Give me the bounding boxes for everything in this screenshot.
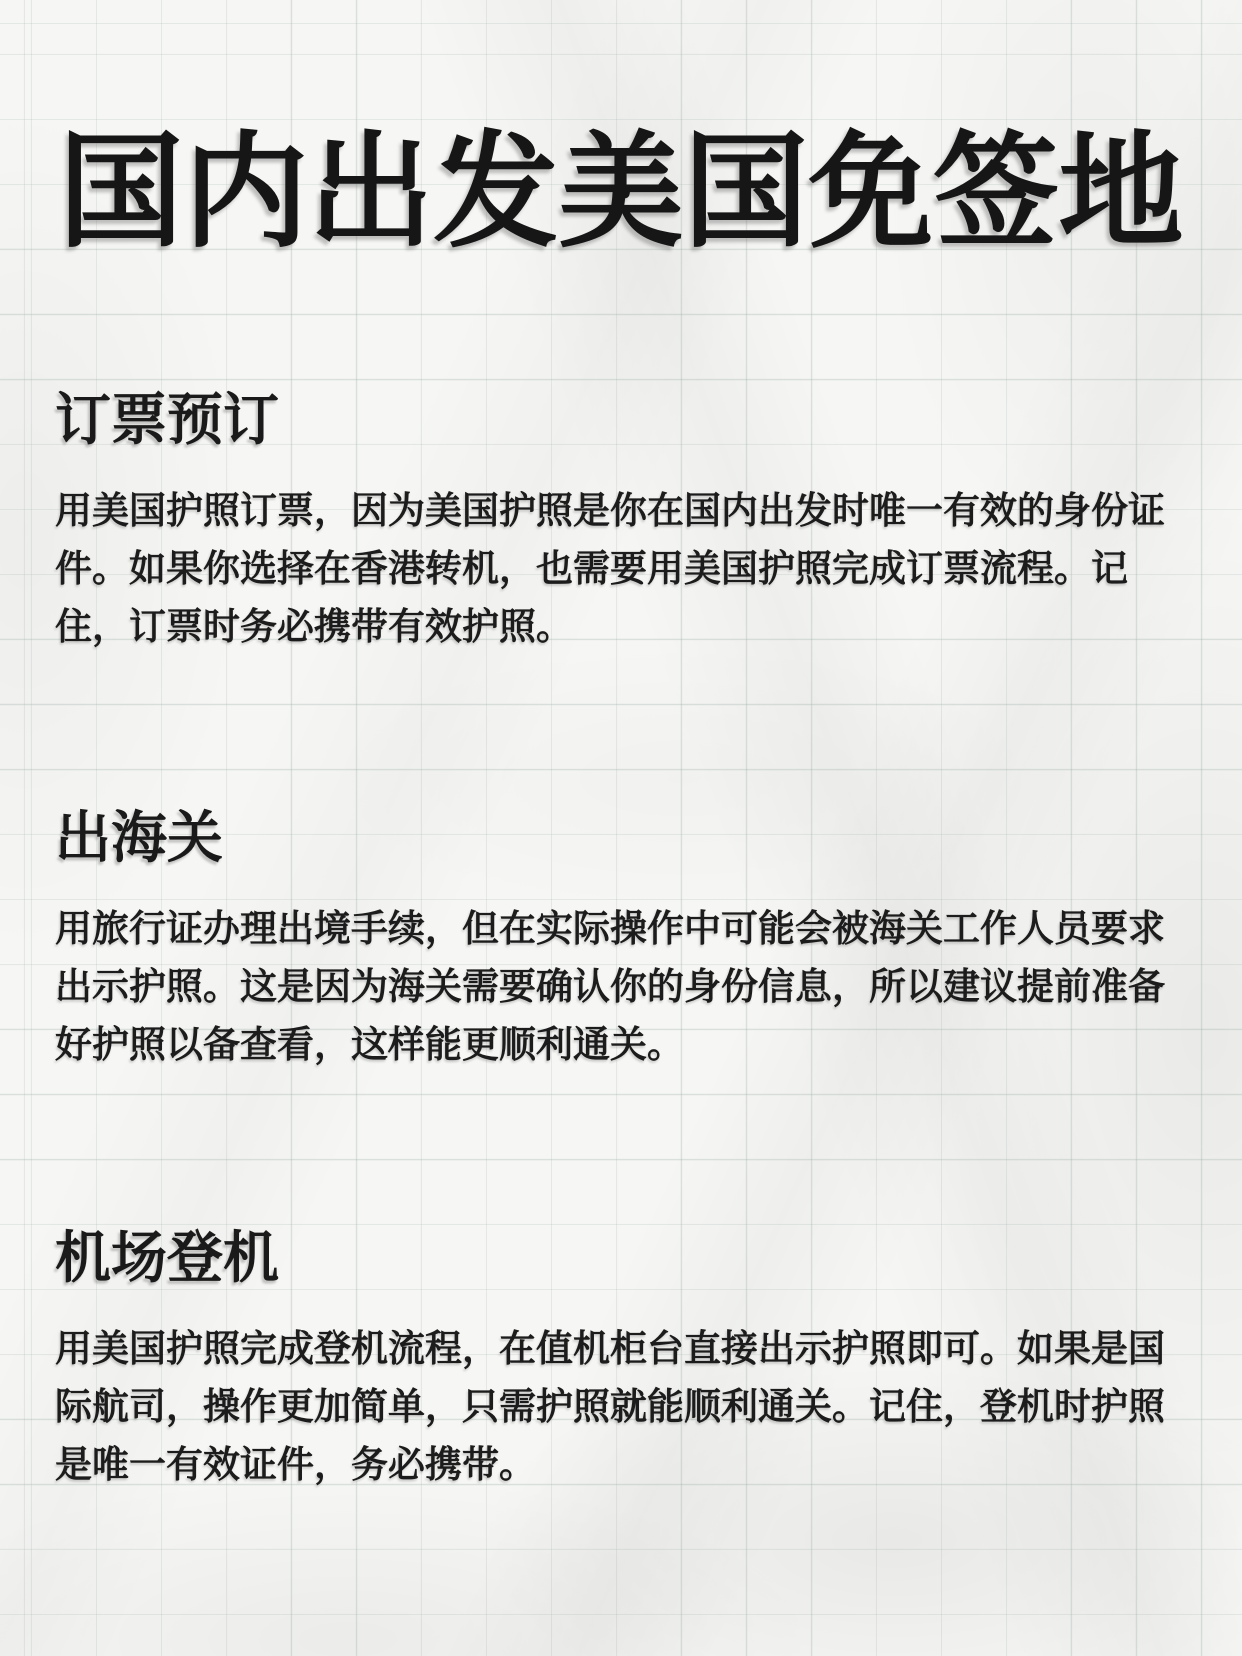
section-body: 用旅行证办理出境手续，但在实际操作中可能会被海关工作人员要求出示护照。这是因为海… — [55, 900, 1175, 1074]
section-heading: 订票预订 — [55, 388, 1185, 452]
page-title: 国内出发美国免签地 — [0, 120, 1242, 265]
section-heading: 机场登机 — [55, 1226, 1185, 1290]
section-customs-exit: 出海关 用旅行证办理出境手续，但在实际操作中可能会被海关工作人员要求出示护照。这… — [55, 806, 1185, 1074]
section-body: 用美国护照完成登机流程，在值机柜台直接出示护照即可。如果是国际航司，操作更加简单… — [55, 1320, 1175, 1494]
section-body: 用美国护照订票，因为美国护照是你在国内出发时唯一有效的身份证件。如果你选择在香港… — [55, 482, 1175, 656]
page-content: 国内出发美国免签地 订票预订 用美国护照订票，因为美国护照是你在国内出发时唯一有… — [0, 0, 1242, 1656]
section-heading: 出海关 — [55, 806, 1185, 870]
infographic-page: 国内出发美国免签地 订票预订 用美国护照订票，因为美国护照是你在国内出发时唯一有… — [0, 0, 1242, 1656]
section-airport-boarding: 机场登机 用美国护照完成登机流程，在值机柜台直接出示护照即可。如果是国际航司，操… — [55, 1226, 1185, 1494]
section-ticket-booking: 订票预订 用美国护照订票，因为美国护照是你在国内出发时唯一有效的身份证件。如果你… — [55, 388, 1185, 656]
